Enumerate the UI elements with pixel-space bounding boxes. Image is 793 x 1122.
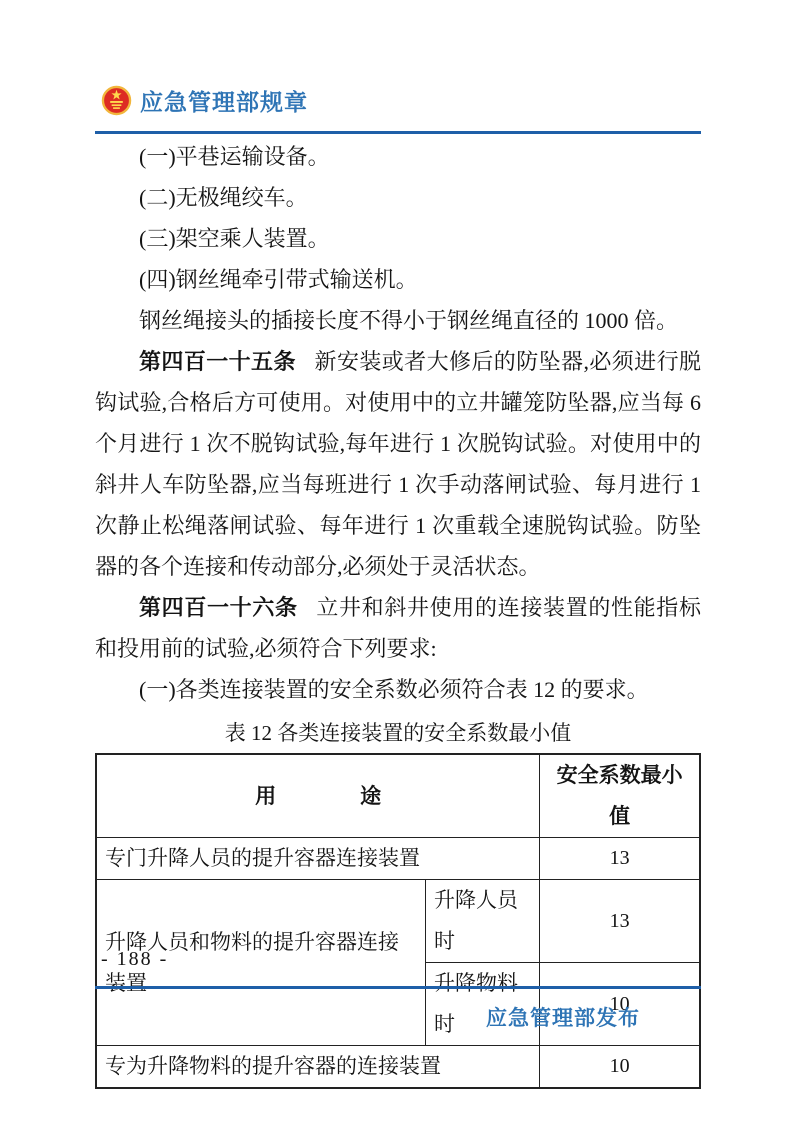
publisher-label: 应急管理部发布: [95, 1002, 640, 1032]
page-number: - 188 -: [101, 948, 168, 971]
safety-factor-table: 用 途 安全系数最小值 专门升降人员的提升容器连接装置 13 升降人员和物料的提…: [95, 753, 701, 1089]
footer-divider: [95, 986, 701, 989]
table-header-row: 用 途 安全系数最小值: [96, 754, 700, 838]
clause-415-paragraph: 第四百一十五条新安装或者大修后的防坠器,必须进行脱钩试验,合格后方可使用。对使用…: [95, 341, 701, 587]
list-item-2: (二)无极绳绞车。: [95, 177, 701, 218]
table-row: 升降人员和物料的提升容器连接装置 升降人员时 13: [96, 880, 700, 963]
header-divider: [95, 131, 701, 134]
clause-415-number: 第四百一十五条: [139, 349, 296, 374]
document-header: 应急管理部规章: [101, 84, 308, 117]
document-body: (一)平巷运输设备。 (二)无极绳绞车。 (三)架空乘人装置。 (四)钢丝绳牵引…: [95, 136, 701, 1089]
clause-416-number: 第四百一十六条: [139, 595, 298, 620]
list-item-1: (一)平巷运输设备。: [95, 136, 701, 177]
list-item-3: (三)架空乘人装置。: [95, 218, 701, 259]
table-row: 专为升降物料的提升容器的连接装置 10: [96, 1046, 700, 1089]
usage-column-header: 用 途: [96, 754, 540, 838]
table-row: 专门升降人员的提升容器连接装置 13: [96, 838, 700, 880]
clause-416-paragraph: 第四百一十六条立井和斜井使用的连接装置的性能指标和投用前的试验,必须符合下列要求…: [95, 587, 701, 669]
requirement-item-1: (一)各类连接装置的安全系数必须符合表 12 的要求。: [95, 669, 701, 710]
header-title: 应急管理部规章: [140, 84, 308, 117]
table-caption: 表 12 各类连接装置的安全系数最小值: [95, 713, 701, 753]
value-column-header: 安全系数最小值: [540, 754, 700, 838]
national-emblem-icon: [101, 85, 132, 116]
list-item-4: (四)钢丝绳牵引带式输送机。: [95, 259, 701, 300]
document-page: 应急管理部规章 (一)平巷运输设备。 (二)无极绳绞车。 (三)架空乘人装置。 …: [0, 0, 793, 1122]
wire-rope-paragraph: 钢丝绳接头的插接长度不得小于钢丝绳直径的 1000 倍。: [95, 300, 701, 341]
